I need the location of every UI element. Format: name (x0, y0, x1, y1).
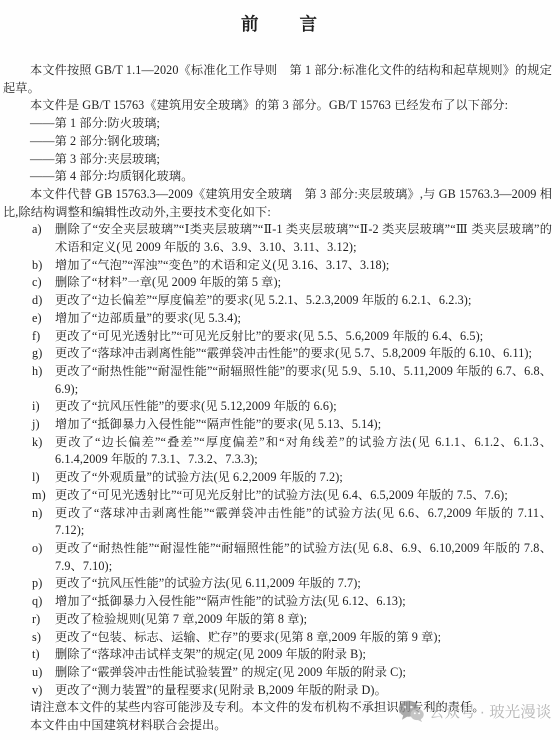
series-part-line: ——第 2 部分:钢化玻璃; (3, 133, 552, 151)
change-item: o) 更改了“耐热性能”“耐湿性能”“耐辐照性能”的试验方法(见 6.8、6.9… (3, 540, 552, 575)
change-item: v) 更改了“测力装置”的量程要求(见附录 B,2009 年版的附录 D)。 (3, 682, 552, 700)
series-part-line: ——第 4 部分:均质钢化玻璃。 (3, 168, 552, 186)
change-item-label: q) (32, 593, 42, 611)
change-item: e) 增加了“边部质量”的要求(见 5.3.4); (3, 310, 552, 328)
change-item: k) 更改了“边长偏差”“叠差”“厚度偏差”和“对角线差”的试验方法(见 6.1… (3, 434, 552, 469)
paragraph-patent-notice: 请注意本文件的某些内容可能涉及专利。本文件的发布机构不承担识别专利的责任。 (3, 699, 552, 717)
change-item-text: 增加了“抵御暴力入侵性能”“隔声性能”的试验方法(见 6.12、6.13); (55, 594, 406, 608)
change-item-text: 增加了“边部质量”的要求(见 5.3.4); (55, 311, 241, 325)
change-item: m) 更改了“可见光透射比”“可见光反射比”的试验方法(见 6.4、6.5,20… (3, 487, 552, 505)
series-part-line: ——第 3 部分:夹层玻璃; (3, 151, 552, 169)
change-item-label: k) (32, 434, 42, 452)
change-item-label: e) (32, 310, 42, 328)
change-item-label: j) (32, 416, 40, 434)
change-item-label: p) (32, 575, 42, 593)
change-item-label: u) (32, 664, 42, 682)
change-item: g) 更改了“落球冲击剥离性能”“霰弹袋冲击性能”的要求(见 5.7、5.8,2… (3, 345, 552, 363)
change-item-text: 更改了“抗风压性能”的试验方法(见 6.11,2009 年版的 7.7); (55, 576, 361, 590)
change-item-label: s) (32, 629, 41, 647)
change-item: h) 更改了“耐热性能”“耐湿性能”“耐辐照性能”的要求(见 5.9、5.10、… (3, 363, 552, 398)
change-item-label: f) (32, 328, 40, 346)
paragraph-proposer: 本文件由中国建筑材料联合会提出。 (3, 717, 552, 735)
change-item-text: 更改了“抗风压性能”的要求(见 5.12,2009 年版的 6.6); (55, 399, 337, 413)
change-item-label: o) (32, 540, 42, 558)
change-item-text: 更改了“落球冲击剥离性能”“霰弹袋冲击性能”的要求(见 5.7、5.8,2009… (55, 346, 532, 360)
paragraph-replacement: 本文件代替 GB 15763.3—2009《建筑用安全玻璃 第 3 部分:夹层玻… (3, 186, 552, 221)
change-item-text: 更改了检验规则(见第 7 章,2009 年版的第 8 章); (55, 612, 307, 626)
change-item: u) 删除了“霰弹袋冲击性能试验装置” 的规定(见 2009 年版的附录 C); (3, 664, 552, 682)
change-item-label: d) (32, 292, 42, 310)
change-item-text: 更改了“边长偏差”“叠差”“厚度偏差”和“对角线差”的试验方法(见 6.1.1、… (55, 435, 552, 467)
change-item: n) 更改了“落球冲击剥离性能”“霰弹袋冲击性能”的试验方法(见 6.6、6.7… (3, 505, 552, 540)
change-item: c) 删除了“材料”一章(见 2009 年版的第 5 章); (3, 274, 552, 292)
change-item-text: 删除了“安全夹层玻璃”“Ⅰ类夹层玻璃”“Ⅱ-1 类夹层玻璃”“Ⅱ-2 类夹层玻璃… (55, 222, 552, 254)
change-item: l) 更改了“外观质量”的试验方法(见 6.2,2009 年版的 7.2); (3, 469, 552, 487)
change-item: r) 更改了检验规则(见第 7 章,2009 年版的第 8 章); (3, 611, 552, 629)
change-item-label: t) (32, 646, 40, 664)
change-item-text: 增加了“抵御暴力入侵性能”“隔声性能”的要求(见 5.13、5.14); (55, 417, 381, 431)
paragraph-series-intro: 本文件是 GB/T 15763《建筑用安全玻璃》的第 3 部分。GB/T 157… (3, 97, 552, 115)
document-body: 本文件按照 GB/T 1.1—2020《标准化工作导则 第 1 部分:标准化文件… (3, 62, 552, 735)
change-item: p) 更改了“抗风压性能”的试验方法(见 6.11,2009 年版的 7.7); (3, 575, 552, 593)
change-item: t) 删除了“落球冲击试样支架”的规定(见 2009 年版的附录 B); (3, 646, 552, 664)
change-item: f) 更改了“可见光透射比”“可见光反射比”的要求(见 5.5、5.6,2009… (3, 328, 552, 346)
change-item-label: h) (32, 363, 42, 381)
change-item-label: n) (32, 505, 42, 523)
change-item-text: 更改了“可见光透射比”“可见光反射比”的试验方法(见 6.4、6.5,2009 … (55, 488, 508, 502)
change-item-text: 更改了“落球冲击剥离性能”“霰弹袋冲击性能”的试验方法(见 6.6、6.7,20… (55, 506, 552, 538)
change-item-label: m) (32, 487, 46, 505)
change-item: d) 更改了“边长偏差”“厚度偏差”的要求(见 5.2.1、5.2.3,2009… (3, 292, 552, 310)
change-item: j) 增加了“抵御暴力入侵性能”“隔声性能”的要求(见 5.13、5.14); (3, 416, 552, 434)
change-item-text: 更改了“耐热性能”“耐湿性能”“耐辐照性能”的试验方法(见 6.8、6.9、6.… (55, 541, 552, 573)
change-item-text: 增加了“气泡”“浑浊”“变色”的术语和定义(见 3.16、3.17、3.18); (55, 258, 389, 272)
change-item-text: 删除了“落球冲击试样支架”的规定(见 2009 年版的附录 B); (55, 647, 366, 661)
document-page: 前 言 本文件按照 GB/T 1.1—2020《标准化工作导则 第 1 部分:标… (0, 0, 560, 740)
change-item-label: r) (32, 611, 40, 629)
change-item-text: 更改了“可见光透射比”“可见光反射比”的要求(见 5.5、5.6,2009 年版… (55, 329, 483, 343)
change-item-label: i) (32, 398, 40, 416)
change-item: b) 增加了“气泡”“浑浊”“变色”的术语和定义(见 3.16、3.17、3.1… (3, 257, 552, 275)
change-item: s) 更改了“包装、标志、运输、贮存”的要求(见第 8 章,2009 年版的第 … (3, 629, 552, 647)
change-item-label: c) (32, 274, 42, 292)
change-item: q) 增加了“抵御暴力入侵性能”“隔声性能”的试验方法(见 6.12、6.13)… (3, 593, 552, 611)
page-title: 前 言 (0, 0, 560, 35)
change-item-text: 更改了“耐热性能”“耐湿性能”“耐辐照性能”的要求(见 5.9、5.10、5.1… (55, 364, 552, 396)
change-item: a) 删除了“安全夹层玻璃”“Ⅰ类夹层玻璃”“Ⅱ-1 类夹层玻璃”“Ⅱ-2 类夹… (3, 221, 552, 256)
change-item-label: g) (32, 345, 42, 363)
change-item-text: 更改了“包装、标志、运输、贮存”的要求(见第 8 章,2009 年版的第 9 章… (55, 630, 441, 644)
change-item-text: 删除了“材料”一章(见 2009 年版的第 5 章); (55, 275, 281, 289)
change-item: i) 更改了“抗风压性能”的要求(见 5.12,2009 年版的 6.6); (3, 398, 552, 416)
change-item-text: 更改了“测力装置”的量程要求(见附录 B,2009 年版的附录 D)。 (55, 683, 387, 697)
change-item-label: a) (32, 221, 42, 239)
change-item-text: 更改了“边长偏差”“厚度偏差”的要求(见 5.2.1、5.2.3,2009 年版… (55, 293, 471, 307)
paragraph-basis: 本文件按照 GB/T 1.1—2020《标准化工作导则 第 1 部分:标准化文件… (3, 62, 552, 97)
change-item-label: v) (32, 682, 42, 700)
change-item-label: l) (32, 469, 40, 487)
change-item-text: 更改了“外观质量”的试验方法(见 6.2,2009 年版的 7.2); (55, 470, 343, 484)
series-part-line: ——第 1 部分:防火玻璃; (3, 115, 552, 133)
change-item-text: 删除了“霰弹袋冲击性能试验装置” 的规定(见 2009 年版的附录 C); (55, 665, 406, 679)
change-item-label: b) (32, 257, 42, 275)
